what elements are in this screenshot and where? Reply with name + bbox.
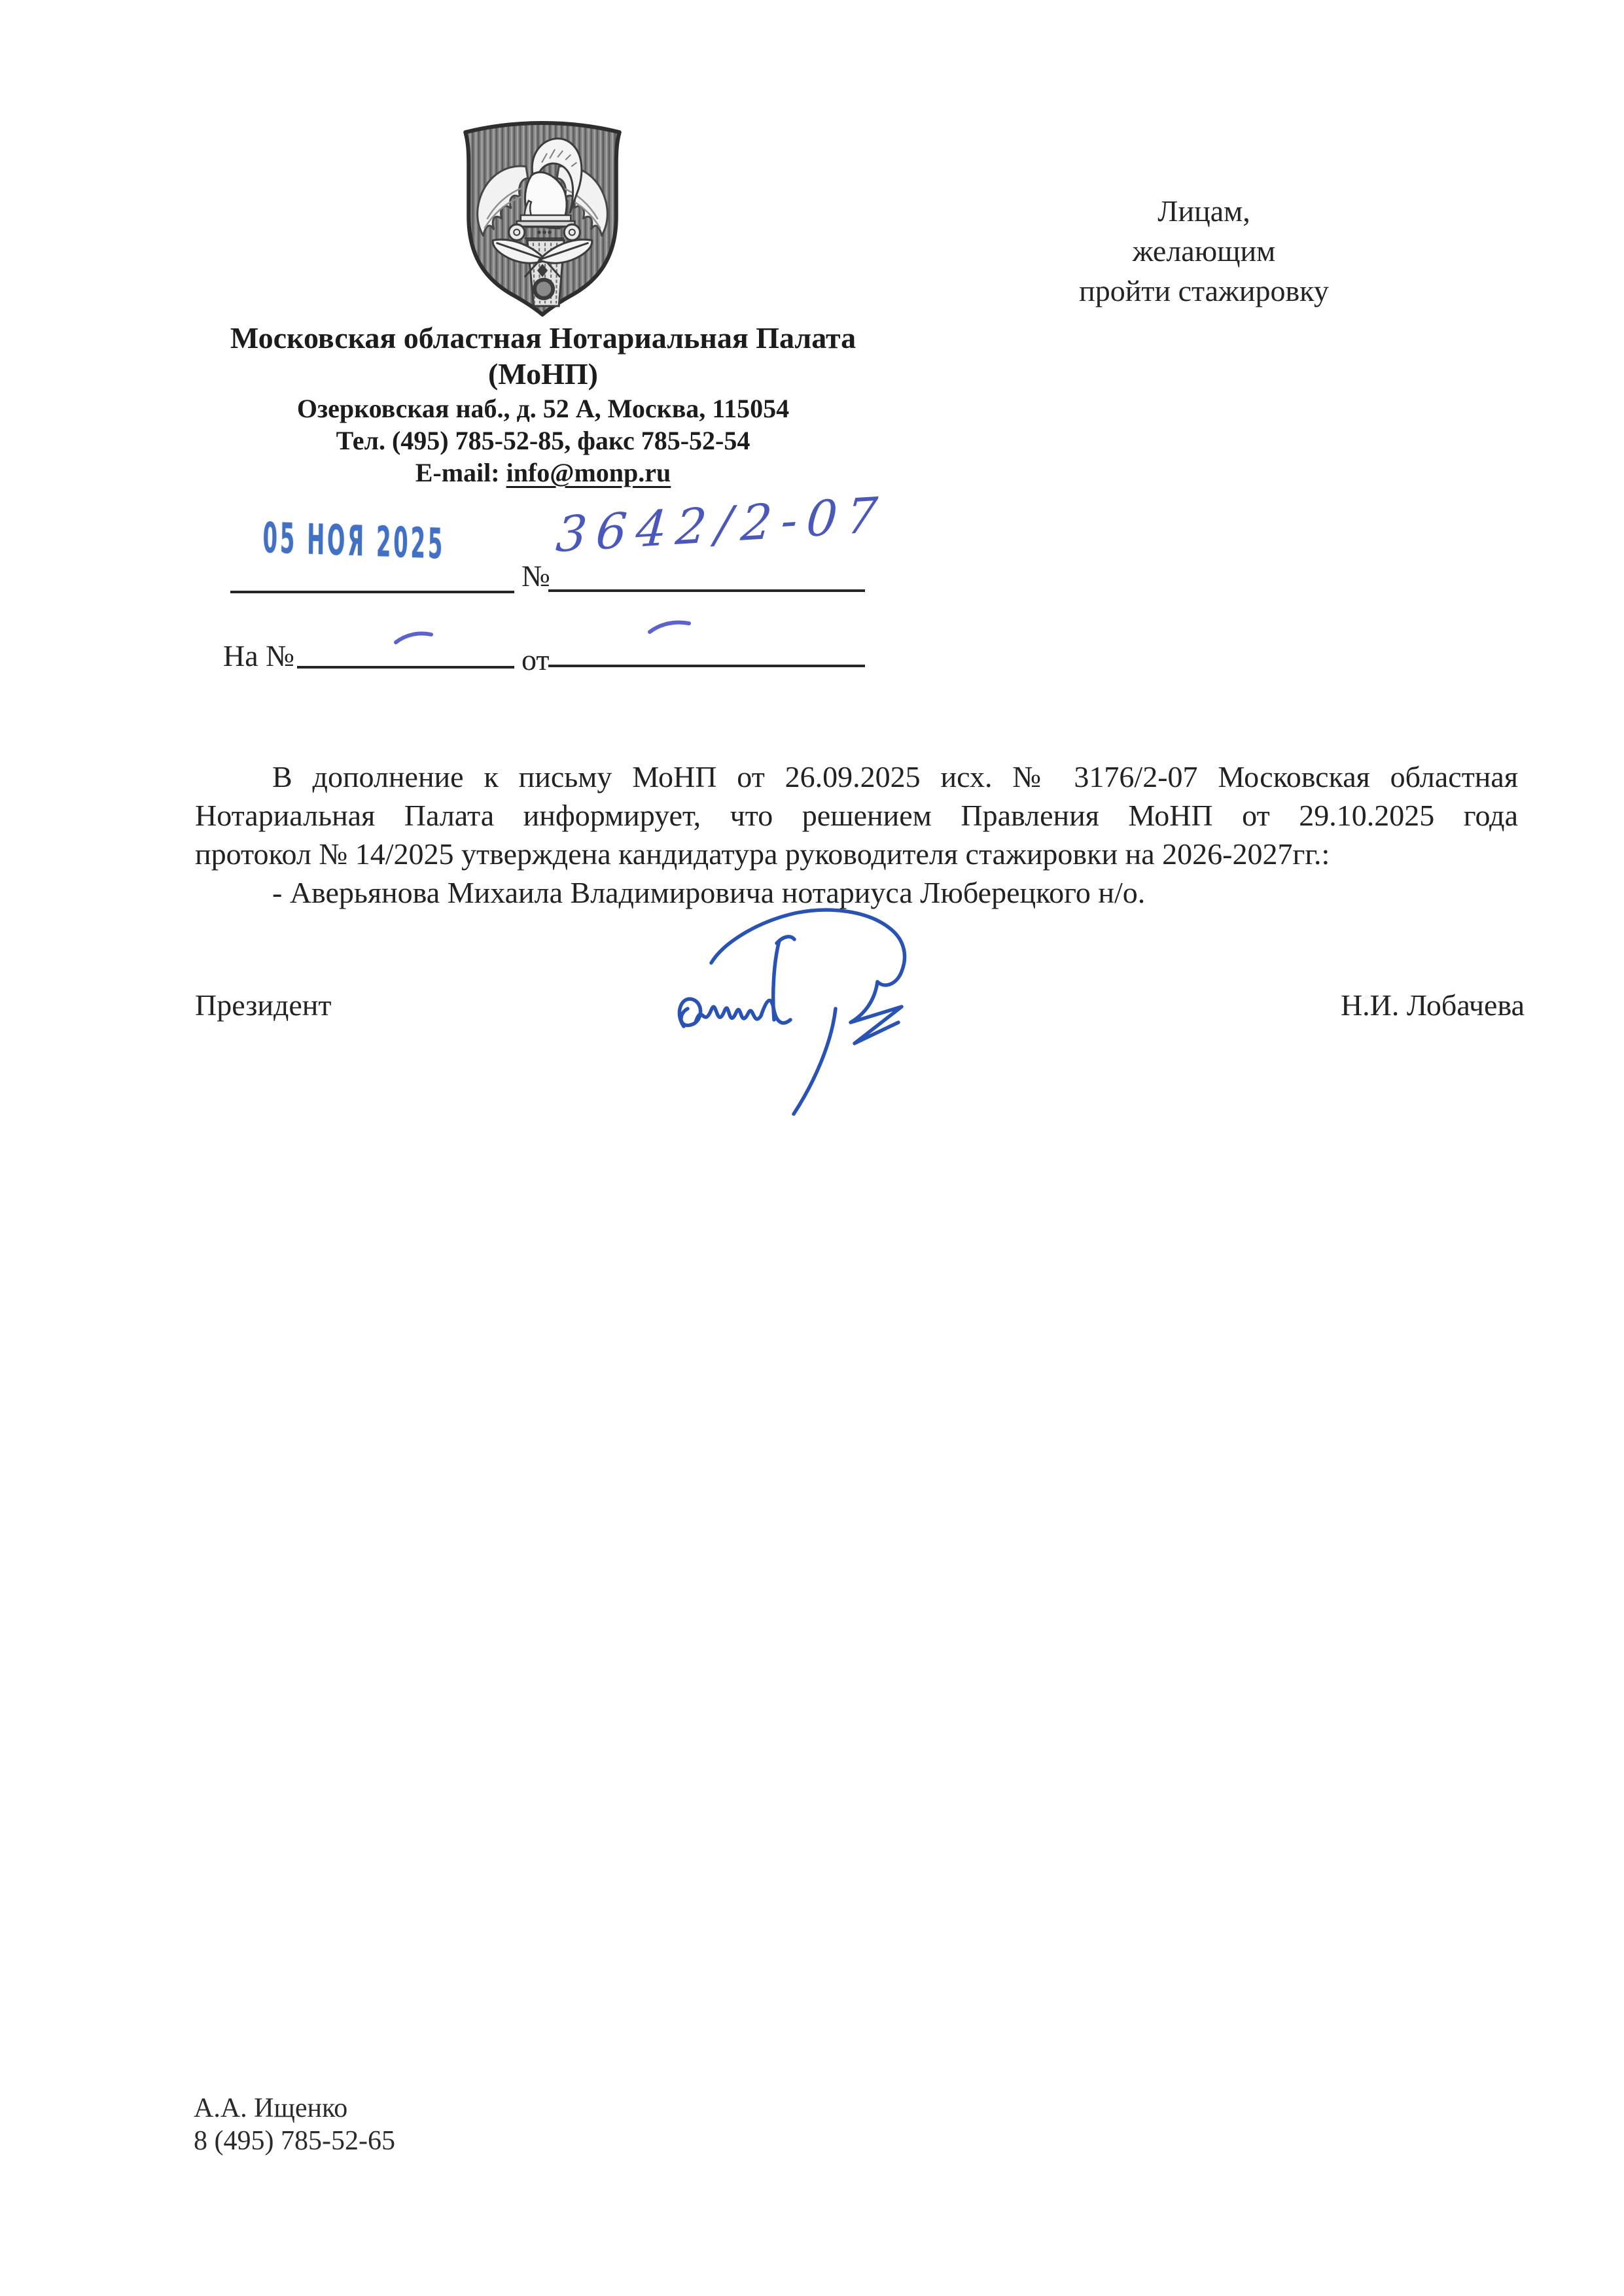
- blank-line-reply-number: [297, 666, 514, 669]
- body-line: Нотариальная Палата информирует, что реш…: [195, 796, 1518, 835]
- scanned-letter-page: Лицам, желающим пройти стажировку: [0, 0, 1624, 2296]
- blank-line-reply-date: [548, 665, 865, 667]
- reply-number-label: На №: [223, 638, 294, 673]
- blank-line-date: [230, 591, 514, 593]
- recipient-line: Лицам,: [1021, 191, 1387, 231]
- notary-chamber-crest-icon: [460, 119, 625, 317]
- pen-dash-left-icon: [393, 628, 434, 648]
- recipient-block: Лицам, желающим пройти стажировку: [1021, 191, 1387, 311]
- date-stamp-text: 05 НОЯ 2025: [262, 514, 445, 569]
- email-label: E-mail:: [415, 458, 500, 487]
- letterhead-block: Московская областная Нотариальная Палата…: [190, 321, 896, 489]
- org-phones: Тел. (495) 785-52-85, факс 785-52-54: [190, 425, 896, 457]
- signer-title: Президент: [195, 988, 332, 1022]
- date-stamp: 05 НОЯ 2025: [263, 514, 525, 560]
- blank-line-number: [548, 589, 865, 592]
- recipient-line: пройти стажировку: [1021, 271, 1387, 311]
- executor-name: А.А. Ищенко: [194, 2092, 395, 2125]
- executor-phone: 8 (495) 785-52-65: [194, 2125, 395, 2157]
- number-label: №: [521, 559, 550, 593]
- org-name: Московская областная Нотариальная Палата: [190, 321, 896, 355]
- email-address: info@monp.ru: [506, 458, 671, 487]
- org-email-line: E-mail: info@monp.ru: [190, 457, 896, 489]
- signer-name: Н.И. Лобачева: [1237, 988, 1525, 1022]
- footer-block: А.А. Ищенко 8 (495) 785-52-65: [194, 2092, 395, 2157]
- recipient-line: желающим: [1021, 231, 1387, 271]
- reply-from-label: от: [521, 642, 550, 677]
- body-line: В дополнение к письму МоНП от 26.09.2025…: [195, 757, 1518, 796]
- letter-body: В дополнение к письму МоНП от 26.09.2025…: [195, 757, 1518, 912]
- body-line: протокол № 14/2025 утверждена кандидатур…: [195, 835, 1518, 873]
- handwritten-signature-icon: [638, 897, 926, 1120]
- pen-dash-right-icon: [646, 617, 692, 637]
- org-abbreviation: (МоНП): [190, 355, 896, 392]
- handwritten-outgoing-number: 3642/2-07: [554, 486, 898, 563]
- org-address: Озерковская наб., д. 52 А, Москва, 11505…: [190, 392, 896, 425]
